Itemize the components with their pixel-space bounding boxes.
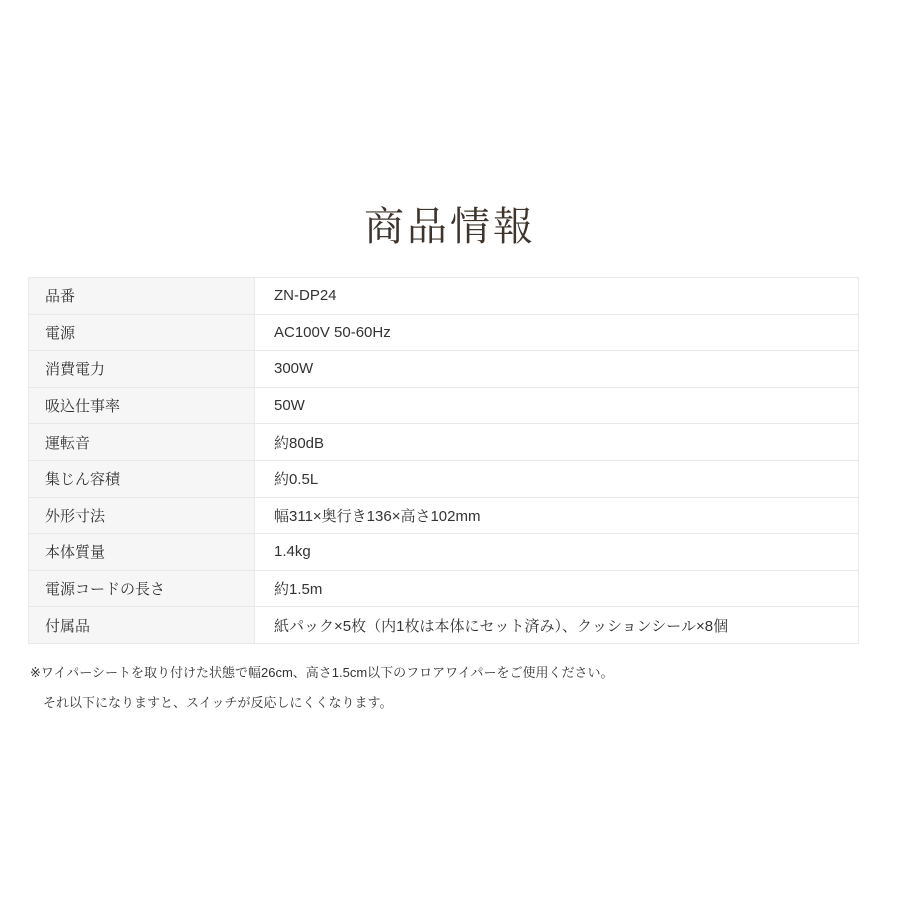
spec-value: 約80dB — [255, 424, 859, 461]
spec-label: 品番 — [29, 278, 255, 315]
table-row: 集じん容積 約0.5L — [29, 460, 859, 497]
spec-label: 消費電力 — [29, 351, 255, 388]
spec-value: ZN-DP24 — [255, 278, 859, 315]
spec-value: 幅311×奥行き136×高さ102mm — [255, 497, 859, 534]
spec-label: 電源コードの長さ — [29, 570, 255, 607]
table-row: 運転音 約80dB — [29, 424, 859, 461]
footnote-line-2: それ以下になりますと、スイッチが反応しにくくなります。 — [30, 688, 900, 718]
footnote-line-1: ※ワイパーシートを取り付けた状態で幅26cm、高さ1.5cm以下のフロアワイパー… — [30, 658, 900, 688]
spec-label: 電源 — [29, 314, 255, 351]
spec-value: 300W — [255, 351, 859, 388]
spec-value: 紙パック×5枚（内1枚は本体にセット済み）、クッションシール×8個 — [255, 607, 859, 644]
spec-label: 運転音 — [29, 424, 255, 461]
spec-value: 50W — [255, 387, 859, 424]
spec-value: 約0.5L — [255, 460, 859, 497]
table-row: 電源コードの長さ 約1.5m — [29, 570, 859, 607]
spec-table: 品番 ZN-DP24 電源 AC100V 50-60Hz 消費電力 300W 吸… — [28, 277, 859, 644]
spec-value: AC100V 50-60Hz — [255, 314, 859, 351]
table-row: 消費電力 300W — [29, 351, 859, 388]
page-title: 商品情報 — [0, 0, 900, 251]
table-row: 品番 ZN-DP24 — [29, 278, 859, 315]
spec-label: 外形寸法 — [29, 497, 255, 534]
table-row: 本体質量 1.4kg — [29, 534, 859, 571]
spec-label: 本体質量 — [29, 534, 255, 571]
table-row: 電源 AC100V 50-60Hz — [29, 314, 859, 351]
spec-value: 1.4kg — [255, 534, 859, 571]
table-row: 吸込仕事率 50W — [29, 387, 859, 424]
table-row: 外形寸法 幅311×奥行き136×高さ102mm — [29, 497, 859, 534]
spec-value: 約1.5m — [255, 570, 859, 607]
spec-label: 吸込仕事率 — [29, 387, 255, 424]
table-row: 付属品 紙パック×5枚（内1枚は本体にセット済み）、クッションシール×8個 — [29, 607, 859, 644]
spec-label: 付属品 — [29, 607, 255, 644]
footnote: ※ワイパーシートを取り付けた状態で幅26cm、高さ1.5cm以下のフロアワイパー… — [30, 658, 900, 718]
spec-label: 集じん容積 — [29, 460, 255, 497]
